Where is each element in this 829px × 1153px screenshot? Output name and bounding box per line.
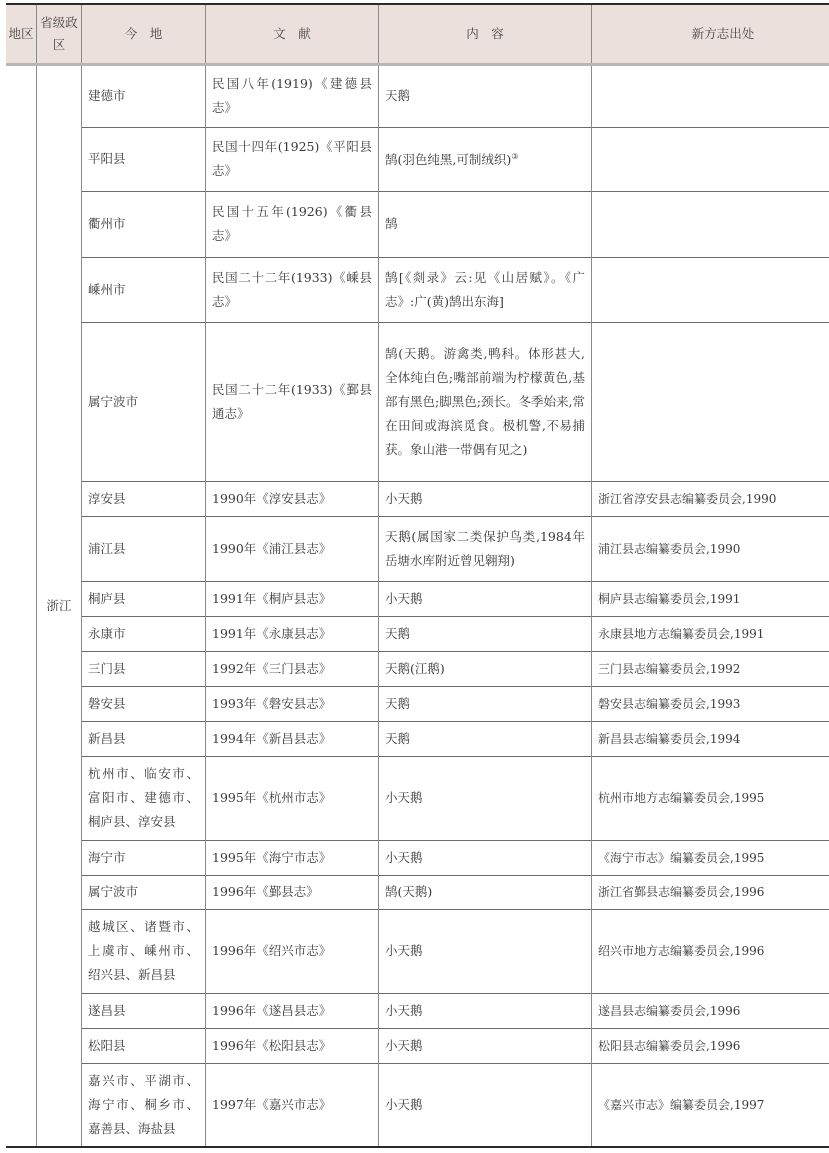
document-cell: 1992年《三门县志》 — [206, 651, 379, 686]
content-cell-text: 鹄(天鹅) — [385, 884, 432, 899]
document-cell-text: 1991年《桐庐县志》 — [212, 591, 331, 606]
place-cell: 越城区、诸暨市、上虞市、嵊州市、绍兴县、新昌县 — [82, 909, 206, 993]
place-cell-text: 淳安县 — [88, 491, 126, 506]
document-cell-text: 1996年《松阳县志》 — [212, 1038, 331, 1053]
table-row: 永康市1991年《永康县志》天鹅永康县地方志编纂委员会,1991 — [6, 616, 829, 651]
place-cell-text: 嘉兴市、平湖市、海宁市、桐乡市、嘉善县、海盐县 — [88, 1073, 199, 1136]
content-cell: 天鹅(属国家二类保护鸟类,1984年岳塘水库附近曾见翱翔) — [379, 516, 592, 581]
document-cell: 1996年《绍兴市志》 — [206, 909, 379, 993]
document-cell: 1991年《桐庐县志》 — [206, 581, 379, 616]
content-cell: 小天鹅 — [379, 1063, 592, 1147]
source-cell-text: 《嘉兴市志》编纂委员会,1997 — [598, 1098, 764, 1112]
source-cell — [592, 191, 829, 257]
document-cell-text: 民国二十二年(1933)《嵊县志》 — [212, 270, 372, 309]
document-cell: 1995年《海宁市志》 — [206, 840, 379, 875]
place-cell-text: 嵊州市 — [88, 282, 126, 297]
source-cell-text: 绍兴市地方志编纂委员会,1996 — [598, 944, 764, 958]
document-cell-text: 1994年《新昌县志》 — [212, 731, 331, 746]
content-cell-text: 小天鹅 — [385, 1038, 423, 1053]
header-source: 新方志出处 — [592, 4, 829, 64]
place-cell-text: 杭州市、临安市、富阳市、建德市、桐庐县、淳安县 — [88, 766, 199, 829]
document-cell: 民国十五年(1926)《衢县志》 — [206, 191, 379, 257]
place-cell-text: 海宁市 — [88, 850, 126, 865]
content-cell-text: 天鹅(江鹅) — [385, 661, 445, 676]
document-cell-text: 1997年《嘉兴市志》 — [212, 1097, 331, 1112]
source-cell-text: 遂昌县志编纂委员会,1996 — [598, 1004, 740, 1018]
document-cell: 1991年《永康县志》 — [206, 616, 379, 651]
source-cell-text: 杭州市地方志编纂委员会,1995 — [598, 791, 764, 805]
table-row: 淳安县1990年《淳安县志》小天鹅浙江省淳安县志编纂委员会,1990 — [6, 481, 829, 516]
content-cell-text: 小天鹅 — [385, 790, 423, 805]
table-row: 遂昌县1996年《遂昌县志》小天鹅遂昌县志编纂委员会,1996 — [6, 993, 829, 1028]
swan-records-table: 地区 省级政区 今 地 文 献 内 容 新方志出处 浙江建德市民国八年(1919… — [6, 3, 829, 1148]
document-cell-text: 1996年《遂昌县志》 — [212, 1003, 331, 1018]
content-cell: 天鹅 — [379, 686, 592, 721]
table-row: 属宁波市民国二十二年(1933)《鄞县通志》鹄(天鹅。游禽类,鸭科。体形甚大,全… — [6, 322, 829, 481]
document-cell-text: 1992年《三门县志》 — [212, 661, 331, 676]
source-cell: 新昌县志编纂委员会,1994 — [592, 721, 829, 756]
document-cell-text: 1990年《淳安县志》 — [212, 491, 331, 506]
table-row: 越城区、诸暨市、上虞市、嵊州市、绍兴县、新昌县1996年《绍兴市志》小天鹅绍兴市… — [6, 909, 829, 993]
footnote-marker: ③ — [511, 152, 518, 161]
source-cell-text: 松阳县志编纂委员会,1996 — [598, 1039, 740, 1053]
content-cell-text: 天鹅 — [385, 626, 410, 641]
place-cell: 海宁市 — [82, 840, 206, 875]
source-cell-text: 磐安县志编纂委员会,1993 — [598, 697, 740, 711]
document-cell-text: 1996年《鄞县志》 — [212, 884, 319, 899]
place-cell: 遂昌县 — [82, 993, 206, 1028]
place-cell: 磐安县 — [82, 686, 206, 721]
content-cell: 小天鹅 — [379, 1028, 592, 1063]
table-row: 三门县1992年《三门县志》天鹅(江鹅)三门县志编纂委员会,1992 — [6, 651, 829, 686]
content-cell: 小天鹅 — [379, 481, 592, 516]
place-cell: 衢州市 — [82, 191, 206, 257]
place-cell-text: 衢州市 — [88, 216, 126, 231]
source-cell: 松阳县志编纂委员会,1996 — [592, 1028, 829, 1063]
table-row: 磐安县1993年《磐安县志》天鹅磐安县志编纂委员会,1993 — [6, 686, 829, 721]
table-row: 嵊州市民国二十二年(1933)《嵊县志》鹄[《剡录》云:见《山居赋》。《广志》:… — [6, 257, 829, 322]
place-cell: 属宁波市 — [82, 875, 206, 909]
table-row: 平阳县民国十四年(1925)《平阳县志》鹄(羽色纯黑,可制绒织)③ — [6, 127, 829, 191]
place-cell-text: 浦江县 — [88, 541, 126, 556]
place-cell: 桐庐县 — [82, 581, 206, 616]
region-cell — [6, 64, 37, 1147]
province-cell: 浙江 — [37, 64, 82, 1147]
content-cell-text: 小天鹅 — [385, 591, 423, 606]
document-cell-text: 民国八年(1919)《建德县志》 — [212, 76, 372, 115]
place-cell-text: 磐安县 — [88, 696, 126, 711]
document-cell-text: 1995年《海宁市志》 — [212, 850, 331, 865]
document-cell-text: 民国二十二年(1933)《鄞县通志》 — [212, 382, 372, 421]
document-cell-text: 民国十四年(1925)《平阳县志》 — [212, 139, 372, 178]
source-cell-text: 桐庐县志编纂委员会,1991 — [598, 592, 740, 606]
content-cell: 鹄[《剡录》云:见《山居赋》。《广志》:广(黄)鹄出东海] — [379, 257, 592, 322]
place-cell-text: 属宁波市 — [88, 884, 138, 899]
source-cell: 遂昌县志编纂委员会,1996 — [592, 993, 829, 1028]
content-cell: 鹄 — [379, 191, 592, 257]
table-row: 浦江县1990年《浦江县志》天鹅(属国家二类保护鸟类,1984年岳塘水库附近曾见… — [6, 516, 829, 581]
header-region: 地区 — [6, 4, 37, 64]
place-cell-text: 松阳县 — [88, 1038, 126, 1053]
source-cell — [592, 64, 829, 127]
table-row: 衢州市民国十五年(1926)《衢县志》鹄 — [6, 191, 829, 257]
source-cell-text: 浙江省淳安县志编纂委员会,1990 — [598, 492, 776, 506]
content-cell: 天鹅(江鹅) — [379, 651, 592, 686]
table-header: 地区 省级政区 今 地 文 献 内 容 新方志出处 — [6, 4, 829, 64]
document-cell: 1996年《松阳县志》 — [206, 1028, 379, 1063]
content-cell: 小天鹅 — [379, 581, 592, 616]
place-cell-text: 遂昌县 — [88, 1003, 126, 1018]
content-cell: 天鹅 — [379, 616, 592, 651]
source-cell: 磐安县志编纂委员会,1993 — [592, 686, 829, 721]
source-cell — [592, 322, 829, 481]
document-cell: 1996年《鄞县志》 — [206, 875, 379, 909]
document-cell-text: 1993年《磐安县志》 — [212, 696, 331, 711]
content-cell: 鹄(羽色纯黑,可制绒织)③ — [379, 127, 592, 191]
table-row: 属宁波市1996年《鄞县志》鹄(天鹅)浙江省鄞县志编纂委员会,1996 — [6, 875, 829, 909]
content-cell-text: 天鹅(属国家二类保护鸟类,1984年岳塘水库附近曾见翱翔) — [385, 529, 585, 568]
place-cell: 属宁波市 — [82, 322, 206, 481]
document-cell-text: 1996年《绍兴市志》 — [212, 943, 331, 958]
place-cell-text: 三门县 — [88, 661, 126, 676]
document-cell: 1996年《遂昌县志》 — [206, 993, 379, 1028]
place-cell: 平阳县 — [82, 127, 206, 191]
place-cell: 浦江县 — [82, 516, 206, 581]
source-cell: 浙江省鄞县志编纂委员会,1996 — [592, 875, 829, 909]
content-cell-text: 天鹅 — [385, 731, 410, 746]
document-cell: 民国二十二年(1933)《鄞县通志》 — [206, 322, 379, 481]
source-cell: 杭州市地方志编纂委员会,1995 — [592, 756, 829, 840]
table-row: 海宁市1995年《海宁市志》小天鹅《海宁市志》编纂委员会,1995 — [6, 840, 829, 875]
content-cell-text: 小天鹅 — [385, 943, 423, 958]
place-cell: 永康市 — [82, 616, 206, 651]
source-cell: 绍兴市地方志编纂委员会,1996 — [592, 909, 829, 993]
header-row: 地区 省级政区 今 地 文 献 内 容 新方志出处 — [6, 4, 829, 64]
document-cell-text: 1995年《杭州市志》 — [212, 790, 331, 805]
header-document: 文 献 — [206, 4, 379, 64]
table-row: 杭州市、临安市、富阳市、建德市、桐庐县、淳安县1995年《杭州市志》小天鹅杭州市… — [6, 756, 829, 840]
source-cell: 《嘉兴市志》编纂委员会,1997 — [592, 1063, 829, 1147]
content-cell: 天鹅 — [379, 721, 592, 756]
document-cell: 1994年《新昌县志》 — [206, 721, 379, 756]
source-cell-text: 永康县地方志编纂委员会,1991 — [598, 627, 764, 641]
table-row: 浙江建德市民国八年(1919)《建德县志》天鹅 — [6, 64, 829, 127]
place-cell-text: 新昌县 — [88, 731, 126, 746]
document-cell: 1990年《浦江县志》 — [206, 516, 379, 581]
source-cell: 三门县志编纂委员会,1992 — [592, 651, 829, 686]
content-cell-text: 小天鹅 — [385, 1003, 423, 1018]
place-cell: 建德市 — [82, 64, 206, 127]
source-cell: 浦江县志编纂委员会,1990 — [592, 516, 829, 581]
table-row: 桐庐县1991年《桐庐县志》小天鹅桐庐县志编纂委员会,1991 — [6, 581, 829, 616]
place-cell: 新昌县 — [82, 721, 206, 756]
content-cell-text: 鹄[《剡录》云:见《山居赋》。《广志》:广(黄)鹄出东海] — [385, 270, 585, 309]
place-cell-text: 建德市 — [88, 88, 126, 103]
place-cell: 嘉兴市、平湖市、海宁市、桐乡市、嘉善县、海盐县 — [82, 1063, 206, 1147]
place-cell-text: 越城区、诸暨市、上虞市、嵊州市、绍兴县、新昌县 — [88, 919, 199, 982]
content-cell-text: 鹄 — [385, 216, 398, 231]
content-cell-text: 天鹅 — [385, 88, 410, 103]
table-row: 松阳县1996年《松阳县志》小天鹅松阳县志编纂委员会,1996 — [6, 1028, 829, 1063]
source-cell: 浙江省淳安县志编纂委员会,1990 — [592, 481, 829, 516]
source-cell — [592, 257, 829, 322]
content-cell-text: 鹄(天鹅。游禽类,鸭科。体形甚大,全体纯白色;嘴部前端为柠檬黄色,基部有黑色;脚… — [385, 346, 585, 457]
document-cell: 民国八年(1919)《建德县志》 — [206, 64, 379, 127]
content-cell: 小天鹅 — [379, 909, 592, 993]
header-province: 省级政区 — [37, 4, 82, 64]
place-cell-text: 桐庐县 — [88, 591, 126, 606]
source-cell — [592, 127, 829, 191]
source-cell: 永康县地方志编纂委员会,1991 — [592, 616, 829, 651]
table-row: 嘉兴市、平湖市、海宁市、桐乡市、嘉善县、海盐县1997年《嘉兴市志》小天鹅《嘉兴… — [6, 1063, 829, 1147]
document-cell: 1993年《磐安县志》 — [206, 686, 379, 721]
content-cell-text: 小天鹅 — [385, 1097, 423, 1112]
header-content: 内 容 — [379, 4, 592, 64]
place-cell-text: 平阳县 — [88, 151, 126, 166]
document-cell: 1990年《淳安县志》 — [206, 481, 379, 516]
document-cell: 1997年《嘉兴市志》 — [206, 1063, 379, 1147]
source-cell-text: 浦江县志编纂委员会,1990 — [598, 542, 740, 556]
source-cell-text: 《海宁市志》编纂委员会,1995 — [598, 851, 764, 865]
source-cell: 桐庐县志编纂委员会,1991 — [592, 581, 829, 616]
content-cell: 鹄(天鹅。游禽类,鸭科。体形甚大,全体纯白色;嘴部前端为柠檬黄色,基部有黑色;脚… — [379, 322, 592, 481]
document-cell: 1995年《杭州市志》 — [206, 756, 379, 840]
document-cell: 民国十四年(1925)《平阳县志》 — [206, 127, 379, 191]
header-place: 今 地 — [82, 4, 206, 64]
content-cell: 小天鹅 — [379, 993, 592, 1028]
source-cell: 《海宁市志》编纂委员会,1995 — [592, 840, 829, 875]
source-cell-text: 三门县志编纂委员会,1992 — [598, 662, 740, 676]
place-cell: 三门县 — [82, 651, 206, 686]
content-cell: 小天鹅 — [379, 756, 592, 840]
place-cell: 淳安县 — [82, 481, 206, 516]
content-cell: 鹄(天鹅) — [379, 875, 592, 909]
table-body: 浙江建德市民国八年(1919)《建德县志》天鹅平阳县民国十四年(1925)《平阳… — [6, 64, 829, 1147]
place-cell: 杭州市、临安市、富阳市、建德市、桐庐县、淳安县 — [82, 756, 206, 840]
content-cell-text: 天鹅 — [385, 696, 410, 711]
content-cell-text: 小天鹅 — [385, 491, 423, 506]
place-cell-text: 属宁波市 — [88, 394, 138, 409]
place-cell: 松阳县 — [82, 1028, 206, 1063]
content-cell-text: 小天鹅 — [385, 850, 423, 865]
document-cell: 民国二十二年(1933)《嵊县志》 — [206, 257, 379, 322]
document-cell-text: 民国十五年(1926)《衢县志》 — [212, 204, 372, 243]
content-cell-text: 鹄(羽色纯黑,可制绒织) — [385, 153, 511, 168]
document-cell-text: 1990年《浦江县志》 — [212, 541, 331, 556]
content-cell: 小天鹅 — [379, 840, 592, 875]
source-cell-text: 浙江省鄞县志编纂委员会,1996 — [598, 885, 764, 899]
table-row: 新昌县1994年《新昌县志》天鹅新昌县志编纂委员会,1994 — [6, 721, 829, 756]
place-cell: 嵊州市 — [82, 257, 206, 322]
place-cell-text: 永康市 — [88, 626, 126, 641]
document-cell-text: 1991年《永康县志》 — [212, 626, 331, 641]
source-cell-text: 新昌县志编纂委员会,1994 — [598, 732, 740, 746]
content-cell: 天鹅 — [379, 64, 592, 127]
